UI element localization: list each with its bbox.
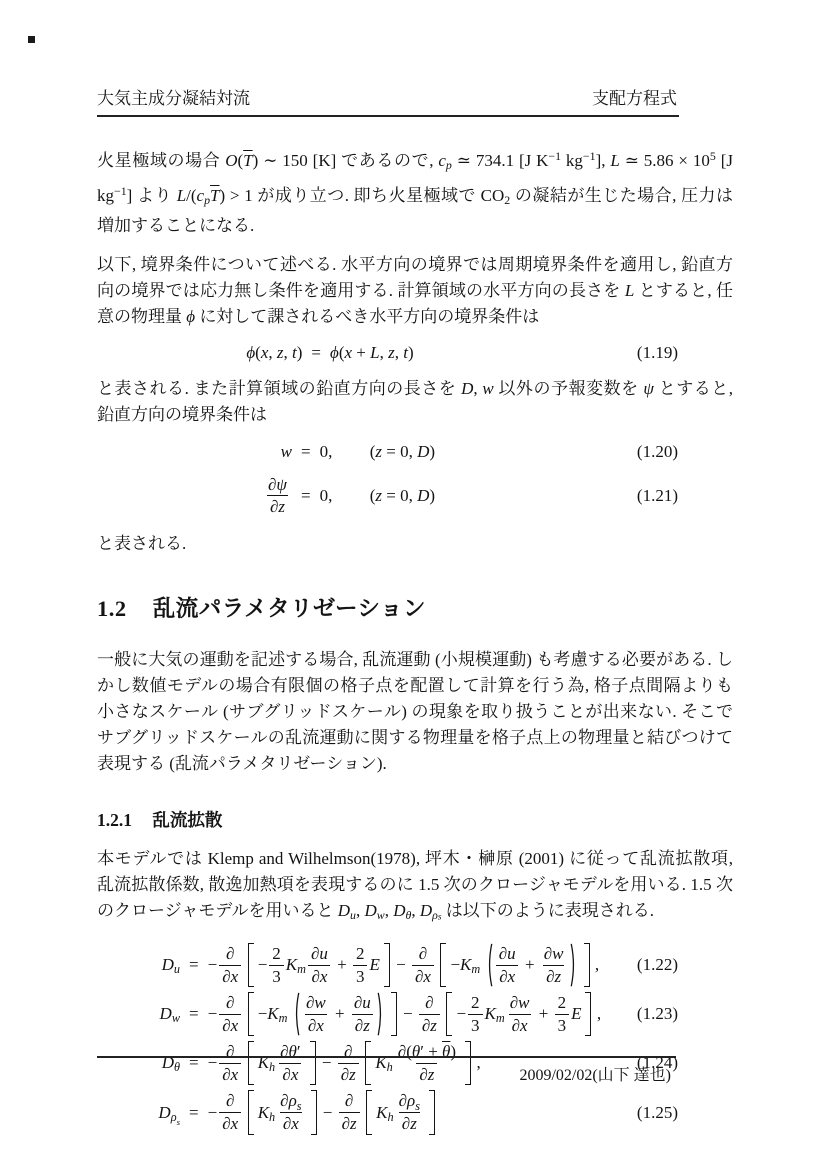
paragraph-closure-model: 本モデルでは Klemp and Wilhelmson(1978), 坪木・榊原… [97, 846, 733, 930]
right-paren-delimiter [377, 992, 384, 1036]
header-rule [97, 115, 679, 117]
equation-row: Dρs=−∂∂xKh∂ρs∂x − ∂∂zKh∂ρs∂z(1.25) [97, 1090, 733, 1134]
header-left-title: 大気主成分凝結対流 [97, 84, 250, 109]
subsection-heading: 1.2.1 乱流拡散 [97, 807, 733, 832]
equation-number: (1.23) [637, 1004, 678, 1024]
left-bracket-delimiter [248, 943, 254, 987]
equation-number: (1.21) [637, 486, 678, 506]
footer-rule [97, 1056, 676, 1058]
equation-number: (1.20) [637, 442, 678, 462]
paragraph-expressed: と表される. [97, 531, 733, 557]
equation-row: Dw=−∂∂x−Km∂w∂x + ∂u∂z − ∂∂z−23Km∂w∂x + 2… [97, 992, 733, 1036]
left-paren-delimiter [486, 943, 493, 987]
paragraph-condensation: 火星極域の場合 O(T) ∼ 150 [K] であるので, cp ≃ 734.1… [97, 143, 733, 239]
right-bracket-delimiter [585, 992, 591, 1036]
left-bracket-delimiter [366, 1090, 372, 1134]
equation-number: (1.19) [637, 343, 678, 363]
page-body: 火星極域の場合 O(T) ∼ 150 [K] であるので, cp ≃ 734.1… [97, 143, 733, 1135]
equation-array-diffusion: Du=−∂∂x−23Km∂u∂x + 23E − ∂∂x−Km∂u∂x + ∂w… [97, 943, 733, 1134]
equation-1-19: ϕ(x, z, t)=ϕ(x + L, z, t)(1.19) [97, 343, 733, 363]
section-title: 乱流パラメタリゼーション [153, 596, 426, 621]
right-bracket-delimiter [429, 1090, 435, 1134]
left-paren-delimiter [293, 992, 300, 1036]
page-header: 大気主成分凝結対流 支配方程式 [97, 84, 677, 109]
equation-row: ∂ψ∂z=0,(z = 0, D)(1.21) [97, 474, 733, 518]
equation-number: (1.22) [637, 955, 678, 975]
left-bracket-delimiter [440, 943, 446, 987]
section-number: 1.2 [97, 596, 127, 621]
document-page: 大気主成分凝結対流 支配方程式 火星極域の場合 O(T) ∼ 150 [K] で… [0, 0, 826, 1169]
subsection-number: 1.2.1 [97, 810, 132, 830]
subsection-title: 乱流拡散 [152, 810, 222, 830]
section-heading: 1.2 乱流パラメタリゼーション [97, 591, 733, 623]
right-bracket-delimiter [391, 992, 397, 1036]
footer-date-author: 2009/02/02(山下 達也) [97, 1062, 677, 1085]
left-bracket-delimiter [248, 992, 254, 1036]
paragraph-turbulence-intro: 一般に大気の運動を記述する場合, 乱流運動 (小規模運動) も考慮する必要がある… [97, 647, 733, 777]
header-right-title: 支配方程式 [592, 84, 677, 109]
equation-number: (1.25) [637, 1103, 678, 1123]
page-corner-mark [28, 36, 35, 43]
right-bracket-delimiter [384, 943, 390, 987]
paragraph-vertical-boundary: と表される. また計算領域の鉛直方向の長さを D, w 以外の予報変数を ψ と… [97, 376, 733, 428]
paragraph-boundary-conditions: 以下, 境界条件について述べる. 水平方向の境界では周期境界条件を適用し, 鉛直… [97, 252, 733, 330]
right-bracket-delimiter [584, 943, 590, 987]
equation-row: Du=−∂∂x−23Km∂u∂x + 23E − ∂∂x−Km∂u∂x + ∂w… [97, 943, 733, 987]
left-bracket-delimiter [446, 992, 452, 1036]
page-footer: 2009/02/02(山下 達也) [97, 1056, 677, 1085]
equation-array-boundary: w=0,(z = 0, D)(1.20)∂ψ∂z=0,(z = 0, D)(1.… [97, 442, 733, 518]
right-bracket-delimiter [311, 1090, 317, 1134]
equation-row: w=0,(z = 0, D)(1.20) [97, 442, 733, 462]
left-bracket-delimiter [248, 1090, 254, 1134]
right-paren-delimiter [570, 943, 577, 987]
